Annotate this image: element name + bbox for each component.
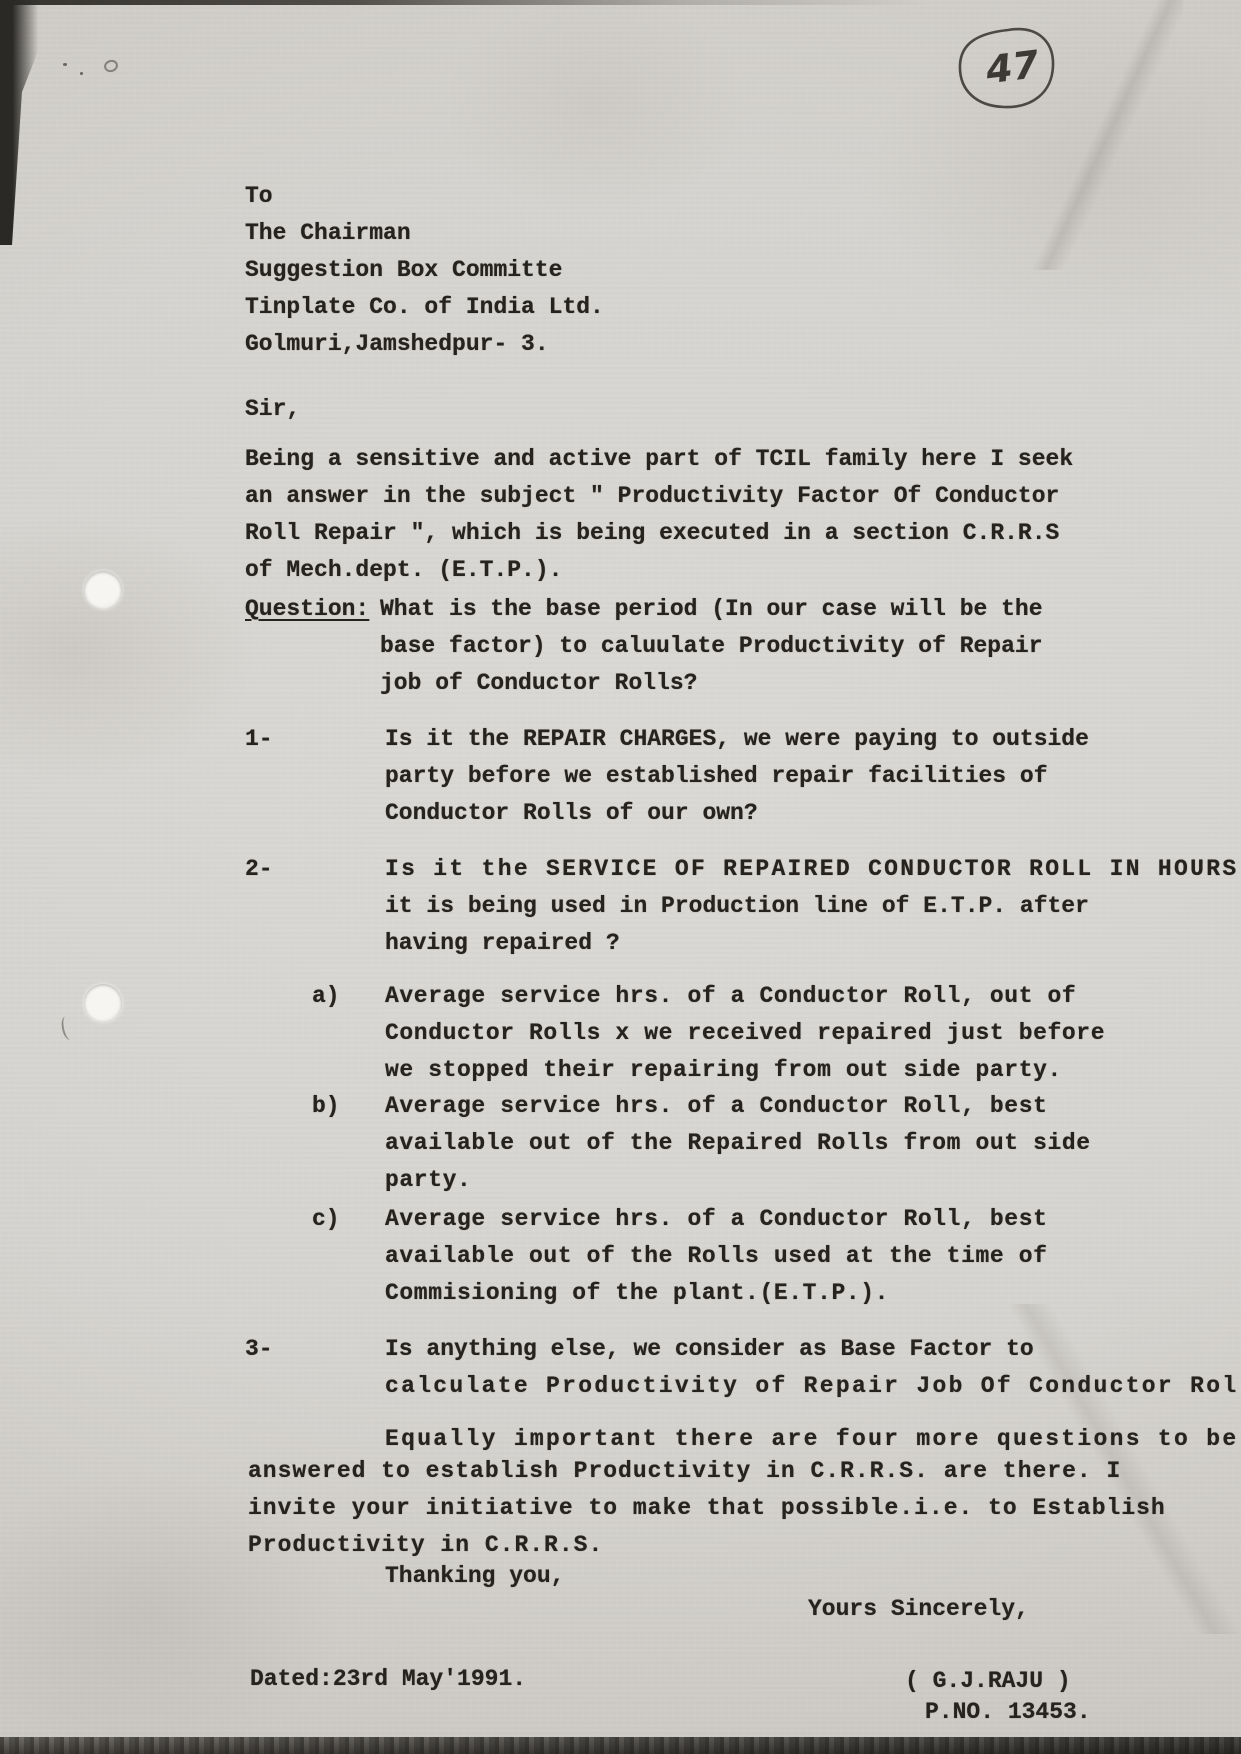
salutation: Sir, <box>245 391 300 428</box>
subitem-b: b) Average service hrs. of a Conductor R… <box>312 1088 1091 1199</box>
subitem-line: Average service hrs. of a Conductor Roll… <box>385 1201 1048 1238</box>
subitem-label: c) <box>312 1201 340 1238</box>
subitem-line: Commisioning of the plant.(E.T.P.). <box>385 1275 1048 1312</box>
intro-line: an answer in the subject " Productivity … <box>245 478 1073 515</box>
intro-line: Roll Repair ", which is being executed i… <box>245 515 1073 552</box>
pencil-mark <box>63 63 67 66</box>
punch-hole-bottom <box>84 984 122 1022</box>
closing-line: invite your initiative to make that poss… <box>248 1490 1166 1527</box>
subitem-label: a) <box>312 978 340 1015</box>
item-line: Is anything else, we consider as Base Fa… <box>385 1331 1238 1368</box>
address-line: The Chairman <box>245 215 604 252</box>
subitem-line: Conductor Rolls x we received repaired j… <box>385 1015 1105 1052</box>
item-line: having repaired ? <box>385 925 1238 962</box>
closing-paragraph: answered to establish Productivity in C.… <box>248 1453 1166 1564</box>
page-number-text: 47 <box>982 42 1041 92</box>
address-line: Tinplate Co. of India Ltd. <box>245 289 604 326</box>
address-to: To <box>245 178 604 215</box>
item-line: Conductor Rolls of our own? <box>385 795 1089 832</box>
question-line: base factor) to caluulate Productivity o… <box>380 628 1043 665</box>
item-number: 2- <box>245 851 273 888</box>
bottom-edge-band <box>0 1737 1241 1754</box>
signature-pno: P.NO. 13453. <box>905 1697 1091 1728</box>
handwritten-circled-number: 47 <box>950 22 1062 114</box>
item-line: Is it the SERVICE OF REPAIRED CONDUCTOR … <box>385 851 1238 888</box>
pencil-mark <box>80 72 83 75</box>
intro-line: Being a sensitive and active part of TCI… <box>245 441 1073 478</box>
thanking-line: Thanking you, <box>385 1558 564 1595</box>
question-label: Question: <box>245 591 369 628</box>
closing-line: answered to establish Productivity in C.… <box>248 1453 1166 1490</box>
intro-line: of Mech.dept. (E.T.P.). <box>245 552 1073 589</box>
item-2: 2- Is it the SERVICE OF REPAIRED CONDUCT… <box>245 851 1238 962</box>
item-number: 1- <box>245 721 273 758</box>
item-1: 1- Is it the REPAIR CHARGES, we were pay… <box>245 721 1089 832</box>
scanned-letter-page: 47 To The Chairman Suggestion Box Commit… <box>0 0 1241 1754</box>
left-edge-shadow <box>0 0 62 245</box>
question-line: job of Conductor Rolls? <box>380 665 1043 702</box>
address-line: Golmuri,Jamshedpur- 3. <box>245 326 604 363</box>
subitem-line: party. <box>385 1162 1091 1199</box>
item-line: Is it the REPAIR CHARGES, we were paying… <box>385 721 1089 758</box>
subitem-line: available out of the Rolls used at the t… <box>385 1238 1048 1275</box>
pencil-mark <box>102 58 119 74</box>
pen-mark <box>60 1015 77 1041</box>
subitem-line: Average service hrs. of a Conductor Roll… <box>385 978 1105 1015</box>
subitem-line: Average service hrs. of a Conductor Roll… <box>385 1088 1091 1125</box>
subitem-label: b) <box>312 1088 340 1125</box>
address-block: To The Chairman Suggestion Box Committe … <box>245 178 604 363</box>
question-block: Question: What is the base period (In ou… <box>245 591 1043 702</box>
signature-block: ( G.J.RAJU ) P.NO. 13453. <box>905 1666 1091 1728</box>
subitem-line: we stopped their repairing from out side… <box>385 1052 1105 1089</box>
subitem-a: a) Average service hrs. of a Conductor R… <box>312 978 1105 1089</box>
question-line: What is the base period (In our case wil… <box>380 591 1043 628</box>
intro-paragraph: Being a sensitive and active part of TCI… <box>245 441 1073 589</box>
item-line: it is being used in Production line of E… <box>385 888 1238 925</box>
item-line: calculate Productivity of Repair Job Of … <box>385 1368 1238 1405</box>
address-line: Suggestion Box Committe <box>245 252 604 289</box>
item-line: party before we established repair facil… <box>385 758 1089 795</box>
punch-hole-top <box>84 571 122 609</box>
item-number: 3- <box>245 1331 273 1368</box>
subitem-c: c) Average service hrs. of a Conductor R… <box>312 1201 1048 1312</box>
signature-name: ( G.J.RAJU ) <box>905 1666 1091 1697</box>
item-3: 3- Is anything else, we consider as Base… <box>245 1331 1238 1405</box>
subitem-line: available out of the Repaired Rolls from… <box>385 1125 1091 1162</box>
date-line: Dated:23rd May'1991. <box>250 1661 526 1698</box>
valediction: Yours Sincerely, <box>808 1591 1029 1628</box>
